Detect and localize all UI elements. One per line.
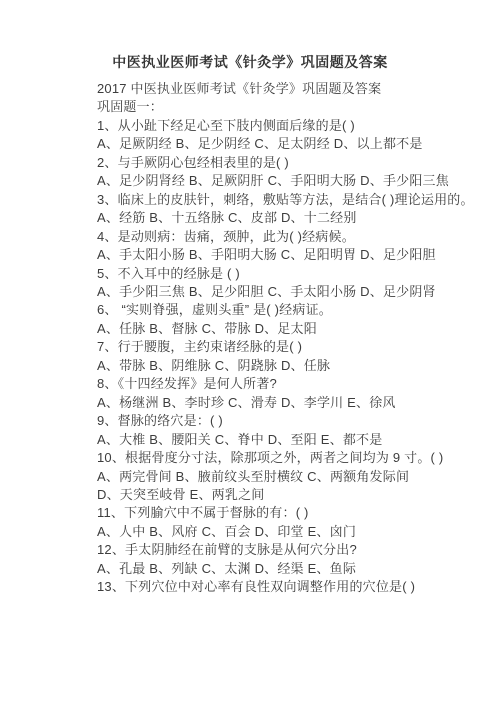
options-line: A、手少阳三焦 B、足少阳胆 C、手太阳小肠 D、足少阴肾 xyxy=(97,283,477,301)
options-line: A、杨继洲 B、李时珍 C、滑寿 D、李学川 E、徐风 xyxy=(97,394,477,412)
question-line: 3、临床上的皮肤针，刺络，敷贴等方法，是结合( )理论运用的。 xyxy=(97,191,477,209)
document-body: 2017 中医执业医师考试《针灸学》巩固题及答案巩固题一：1、从小趾下经足心至下… xyxy=(97,80,477,597)
question-line: 13、下列穴位中对心率有良性双向调整作用的穴位是( ) xyxy=(97,578,477,596)
options-line: A、经筋 B、十五络脉 C、皮部 D、十二经别 xyxy=(97,209,477,227)
document-title: 中医执业医师考试《针灸学》巩固题及答案 xyxy=(0,52,500,72)
options-line: A、大椎 B、腰阳关 C、脊中 D、至阳 E、都不是 xyxy=(97,431,477,449)
question-line: 5、不入耳中的经脉是 ( ) xyxy=(97,265,477,283)
section-label-line: 巩固题一： xyxy=(97,98,477,116)
subtitle-line: 2017 中医执业医师考试《针灸学》巩固题及答案 xyxy=(97,80,477,98)
options-line: D、天突至岐骨 E、两乳之间 xyxy=(97,486,477,504)
question-line: 11、下列腧穴中不属于督脉的有：( ) xyxy=(97,504,477,522)
options-line: A、任脉 B、督脉 C、带脉 D、足太阳 xyxy=(97,320,477,338)
question-line: 12、手太阴肺经在前臂的支脉是从何穴分出? xyxy=(97,541,477,559)
document-page: 中医执业医师考试《针灸学》巩固题及答案 2017 中医执业医师考试《针灸学》巩固… xyxy=(0,0,500,707)
options-line: A、带脉 B、阴维脉 C、阴跷脉 D、任脉 xyxy=(97,357,477,375)
options-line: A、孔最 B、列缺 C、太渊 D、经渠 E、鱼际 xyxy=(97,560,477,578)
options-line: A、手太阳小肠 B、手阳明大肠 C、足阳明胃 D、足少阳胆 xyxy=(97,246,477,264)
question-line: 10、根据骨度分寸法，除那项之外，两者之间均为 9 寸。( ) xyxy=(97,449,477,467)
question-line: 6、 “实则脊强，虚则头重” 是( )经病证。 xyxy=(97,301,477,319)
question-line: 2、与手厥阴心包经相表里的是( ) xyxy=(97,154,477,172)
options-line: A、两完骨间 B、腋前纹头至肘横纹 C、两额角发际间 xyxy=(97,468,477,486)
options-line: A、人中 B、风府 C、百会 D、印堂 E、囟门 xyxy=(97,523,477,541)
question-line: 8、《十四经发挥》是何人所著? xyxy=(97,375,477,393)
question-line: 9、督脉的络穴是：( ) xyxy=(97,412,477,430)
question-line: 4、是动则病：齿痛，颈肿，此为( )经病候。 xyxy=(97,228,477,246)
question-line: 7、行于腰腹，主约束诸经脉的是( ) xyxy=(97,338,477,356)
options-line: A、足厥阴经 B、足少阴经 C、足太阴经 D、以上都不是 xyxy=(97,135,477,153)
options-line: A、足少阴肾经 B、足厥阴肝 C、手阳明大肠 D、手少阳三焦 xyxy=(97,172,477,190)
question-line: 1、从小趾下经足心至下肢内侧面后缘的是( ) xyxy=(97,117,477,135)
